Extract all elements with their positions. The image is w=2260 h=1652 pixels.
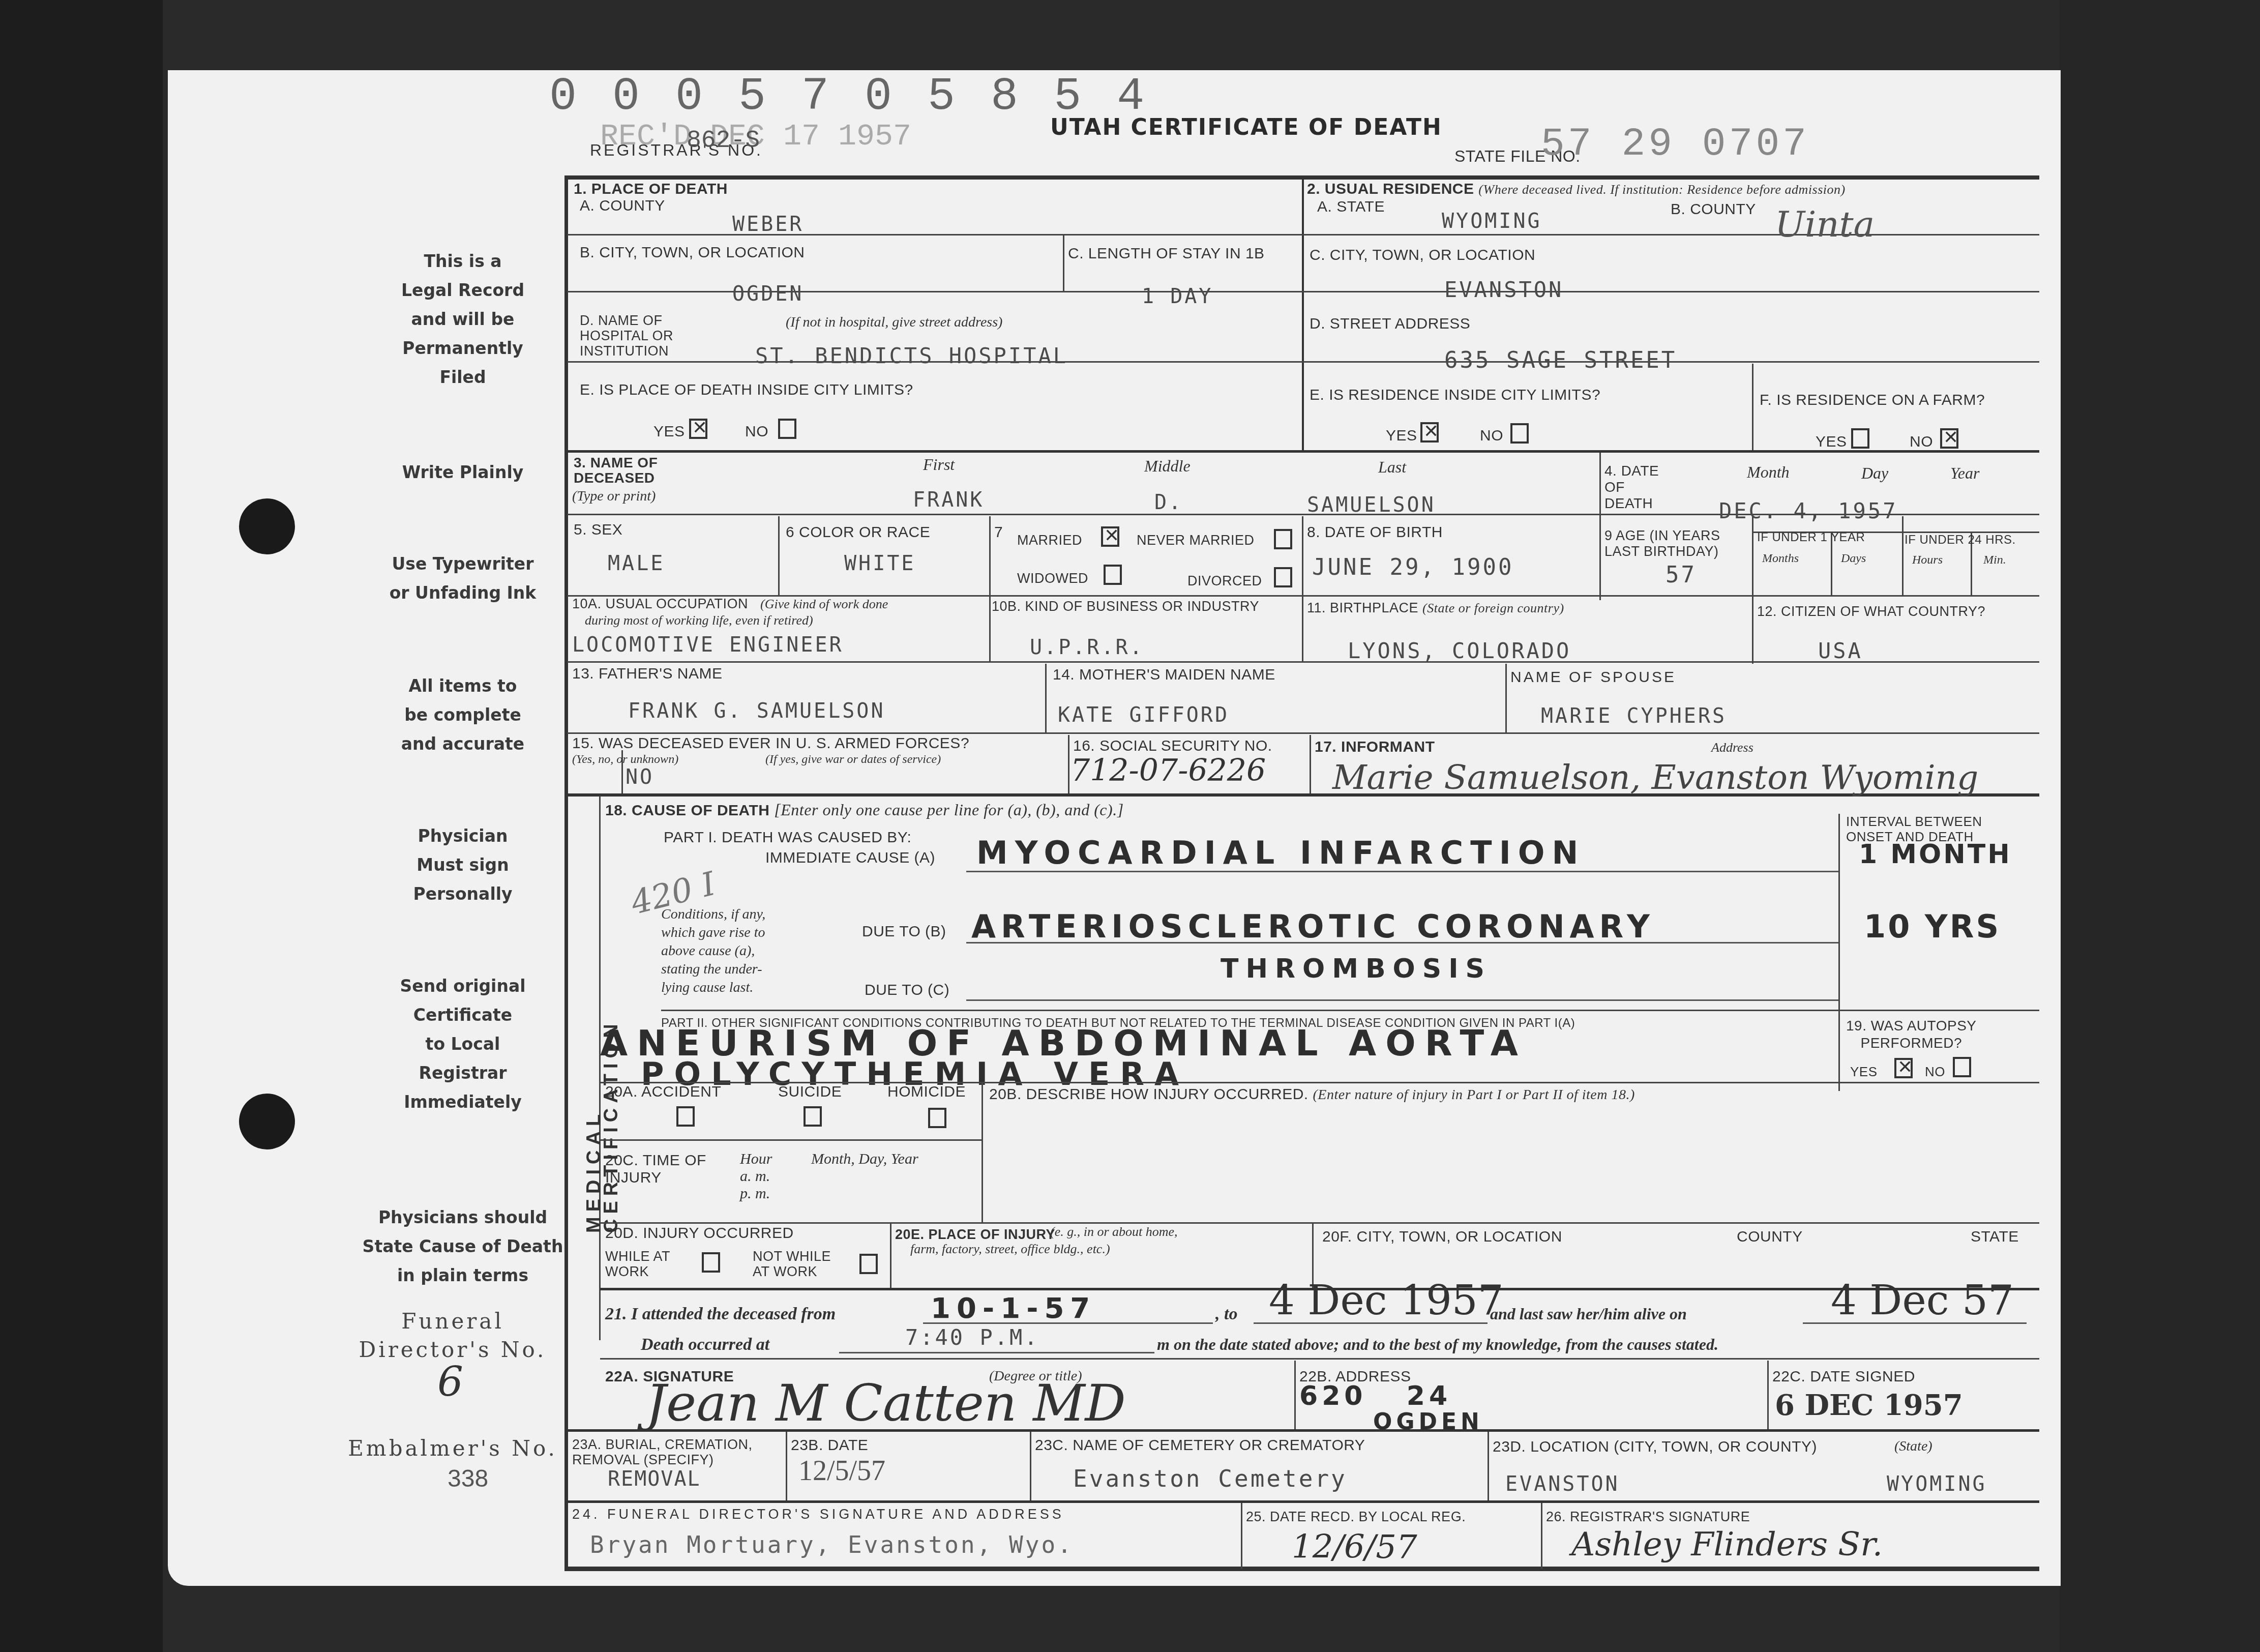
homicide-checkbox[interactable]	[928, 1108, 946, 1128]
injury-county-label: COUNTY	[1737, 1228, 1803, 1246]
note-physician-sign: Physician Must sign Personally	[356, 821, 570, 908]
divider	[1302, 516, 1303, 661]
birthplace-label: 11. BIRTHPLACE (State or foreign country…	[1307, 599, 1564, 617]
spouse-name[interactable]: MARIE CYPHERS	[1541, 704, 1727, 728]
deceased-middle-name[interactable]: D.	[1154, 491, 1183, 514]
divider	[1045, 664, 1047, 732]
divider	[1767, 1361, 1769, 1429]
informant-address-label: Address	[1711, 740, 1753, 755]
time-of-injury-label: 20c. TIME OF INJURY	[605, 1152, 706, 1187]
pod-inside-limits-no-checkbox[interactable]	[778, 419, 796, 439]
describe-title: 20b. DESCRIBE HOW INJURY OCCURRED.	[989, 1086, 1309, 1103]
citizen[interactable]: USA	[1818, 638, 1863, 663]
divider	[567, 1500, 2039, 1503]
days-label: Days	[1841, 552, 1866, 566]
accident-checkbox[interactable]	[676, 1106, 695, 1127]
dob-label: 8. DATE OF BIRTH	[1307, 524, 1443, 541]
deceased-first-name[interactable]: FRANK	[913, 488, 984, 512]
conditions-hint: Conditions, if any, which gave rise to a…	[661, 905, 765, 997]
mdy-label: Month, Day, Year	[811, 1150, 918, 1168]
divider	[661, 1010, 2039, 1011]
hour-label: Hour a. m. p. m.	[740, 1150, 772, 1202]
immediate-cause[interactable]: MYOCARDIAL INFARCTION	[976, 834, 1585, 871]
deceased-name-hint: (Type or print)	[572, 488, 656, 505]
divider	[600, 1358, 2039, 1360]
embalmer-no: 338	[448, 1465, 488, 1493]
divider	[1063, 234, 1064, 291]
registrar-sig-label: 26. REGISTRAR'S SIGNATURE	[1546, 1508, 1750, 1525]
res-street-label: d. STREET ADDRESS	[1310, 315, 1470, 333]
location-label: 23d. LOCATION (City, town, or county)	[1493, 1438, 1817, 1456]
cause-hint: [Enter only one cause per line for (a), …	[774, 801, 1123, 819]
occurred-at-label: Death occurred at	[641, 1335, 769, 1354]
divider	[1068, 735, 1069, 793]
res-inside-limits-yes-checkbox[interactable]	[1420, 422, 1439, 442]
res-no-label: NO	[1480, 427, 1503, 445]
pod-city-label: b. CITY, TOWN, OR LOCATION	[580, 244, 805, 261]
pod-hospital-hint: (If not in hospital, give street address…	[786, 314, 1002, 331]
suicide-label: SUICIDE	[778, 1083, 842, 1101]
note-send-original: Send original Certificate to Local Regis…	[356, 971, 570, 1116]
funeral-director-no: 6	[437, 1358, 463, 1405]
due-to-b-cont[interactable]: THROMBOSIS	[1221, 954, 1492, 984]
location-title: 23d. LOCATION (City, town, or county)	[1493, 1438, 1817, 1455]
never-married-checkbox[interactable]	[1274, 529, 1292, 549]
dob[interactable]: JUNE 29, 1900	[1312, 554, 1513, 580]
spouse-label: NAME OF SPOUSE	[1510, 669, 1676, 686]
business[interactable]: U.P.R.R.	[1030, 636, 1144, 659]
date-of-death[interactable]: DEC. 4, 1957	[1719, 498, 1897, 523]
note-write-plainly: Write Plainly	[356, 458, 570, 487]
hours-label: Hours	[1912, 553, 1943, 567]
race[interactable]: WHITE	[844, 552, 915, 575]
embalmer-label: Embalmer's No.	[336, 1434, 570, 1463]
divider	[1505, 664, 1507, 732]
res-city[interactable]: EVANSTON	[1444, 277, 1563, 302]
disposition-method[interactable]: REMOVAL	[608, 1467, 701, 1491]
armed-forces-label: 15. WAS DECEASED EVER IN U. S. ARMED FOR…	[572, 735, 969, 752]
cemetery-label: 23c. NAME OF CEMETERY OR CREMATORY	[1035, 1437, 1365, 1454]
middle-label: Middle	[1144, 457, 1191, 476]
business-label: 10b. KIND OF BUSINESS OR INDUSTRY	[992, 598, 1259, 615]
divider	[1599, 453, 1601, 600]
pod-yes-label: YES	[653, 423, 685, 440]
date-of-death-label: 4. DATE OF DEATH	[1604, 463, 1659, 512]
certificate-title: UTAH CERTIFICATE OF DEATH	[1050, 114, 1442, 140]
divider	[1752, 364, 1753, 450]
date-recd-label: 25. DATE RECD. BY LOCAL REG.	[1246, 1508, 1466, 1525]
pod-county[interactable]: WEBER	[732, 213, 804, 236]
immediate-cause-label: IMMEDIATE CAUSE (a)	[765, 849, 935, 867]
note-typewriter: Use Typewriter or Unfading Ink	[356, 549, 570, 607]
injury-state-label: STATE	[1971, 1228, 2019, 1246]
location-state-label: (State)	[1894, 1438, 1932, 1455]
divider	[989, 516, 991, 661]
month-label: Month	[1747, 463, 1790, 482]
never-married-label: NEVER MARRIED	[1137, 532, 1255, 549]
autopsy-no-checkbox[interactable]	[1953, 1057, 1971, 1077]
funeral-director-sig-label: 24. FUNERAL DIRECTOR'S SIGNATURE AND ADD…	[572, 1506, 1064, 1523]
pod-city[interactable]: OGDEN	[732, 282, 804, 306]
farm-no-label: NO	[1910, 433, 1933, 451]
farm-yes-checkbox[interactable]	[1851, 428, 1869, 449]
divider	[1752, 598, 1753, 661]
divider	[1294, 1361, 1296, 1429]
occupation[interactable]: LOCOMOTIVE ENGINEER	[572, 633, 844, 657]
immediate-cause-line	[966, 871, 1838, 872]
autopsy-no-label: NO	[1925, 1063, 1945, 1080]
widowed-label: WIDOWED	[1017, 570, 1088, 587]
res-street[interactable]: 635 SAGE STREET	[1444, 347, 1677, 373]
funeral-director-signature[interactable]: Bryan Mortuary, Evanston, Wyo.	[590, 1531, 1074, 1558]
divider	[567, 1429, 2039, 1432]
res-yes-label: YES	[1386, 427, 1417, 445]
residence-title: 2. USUAL RESIDENCE	[1307, 181, 1474, 197]
location-state[interactable]: WYOMING	[1887, 1472, 1987, 1496]
injury-city-label: 20f. CITY, TOWN, OR LOCATION	[1322, 1228, 1562, 1246]
min-label: Min.	[1983, 553, 2006, 567]
divider	[1310, 735, 1311, 793]
divider	[600, 1139, 982, 1141]
armed-forces[interactable]: NO	[626, 765, 654, 789]
injury-occurred-label: 20d. INJURY OCCURRED	[605, 1225, 794, 1242]
divider	[890, 1223, 891, 1289]
residence-label: 2. USUAL RESIDENCE (Where deceased lived…	[1307, 181, 1846, 198]
not-at-work-checkbox[interactable]	[859, 1254, 878, 1274]
punch-hole-top	[239, 498, 295, 554]
physician-address-line1[interactable]: 620 24	[1299, 1381, 1451, 1411]
last-saw-label: and last saw her/him alive on	[1490, 1305, 1687, 1323]
divider	[1902, 516, 1904, 595]
attended-label: 21. I attended the deceased from	[605, 1305, 836, 1324]
form-bottom-border	[564, 1567, 2039, 1571]
under-1yr-label: IF UNDER 1 YEAR	[1757, 529, 1865, 546]
res-county-label: b. COUNTY	[1671, 201, 1756, 218]
armed-hint-yn: (Yes, no, or unknown)	[572, 753, 678, 766]
first-label: First	[923, 455, 955, 474]
divider	[567, 732, 2039, 734]
informant[interactable]: Marie Samuelson, Evanston Wyoming	[1332, 758, 1978, 797]
farm-yes-label: YES	[1816, 433, 1847, 451]
funeral-director-label: Funeral Director's No.	[336, 1307, 570, 1364]
attended-to[interactable]: 4 Dec 1957	[1269, 1277, 1504, 1324]
disposition-date-label: 23b. DATE	[791, 1437, 868, 1454]
widowed-checkbox[interactable]	[1104, 565, 1122, 585]
occurred-at[interactable]: 7:40 P.M.	[905, 1325, 1039, 1350]
describe-injury-label: 20b. DESCRIBE HOW INJURY OCCURRED. (Ente…	[989, 1086, 1635, 1104]
note-complete: All items to be complete and accurate	[356, 671, 570, 758]
sex-label: 5. SEX	[574, 521, 622, 539]
divider	[1488, 1432, 1489, 1500]
divider	[1241, 1503, 1242, 1569]
interval-a[interactable]: 1 MONTH	[1859, 839, 2012, 870]
divider	[778, 516, 780, 595]
informant-num: 17.	[1315, 739, 1341, 755]
occupation-hint: (Give kind of work done during most of w…	[585, 596, 888, 629]
due-to-b-line	[966, 942, 1838, 943]
while-at-work-checkbox[interactable]	[702, 1252, 720, 1273]
state-file-no: 57 29 0707	[1541, 122, 1809, 167]
deceased-name-label: 3. NAME OF DECEASED	[574, 455, 658, 486]
res-state-label: a. STATE	[1317, 198, 1385, 216]
sex[interactable]: MALE	[608, 552, 665, 575]
accident-label: 20a. ACCIDENT	[605, 1083, 721, 1101]
day-label: Day	[1861, 464, 1888, 483]
deceased-last-name[interactable]: SAMUELSON	[1307, 493, 1436, 517]
note-legal-record: This is a Legal Record and will be Perma…	[356, 247, 570, 392]
punch-hole-bottom	[239, 1094, 295, 1149]
disposition-label: 23a. BURIAL, CREMATION, REMOVAL (Specify…	[572, 1437, 753, 1467]
occurred-at-line	[839, 1352, 1154, 1353]
married-label: MARRIED	[1017, 532, 1082, 549]
while-at-work-label: WHILE AT WORK	[605, 1249, 670, 1279]
under-24hr-label: IF UNDER 24 HRS.	[1905, 532, 2016, 549]
months-label: Months	[1762, 552, 1799, 566]
res-county[interactable]: Uinta	[1775, 203, 1875, 245]
pod-inside-limits-yes-checkbox[interactable]	[689, 419, 707, 439]
scan-background-left	[0, 0, 163, 1652]
age[interactable]: 57	[1666, 562, 1697, 588]
armed-hint-dates: (If yes, give war or dates of service)	[765, 753, 941, 766]
mother-label: 14. MOTHER'S MAIDEN NAME	[1053, 666, 1275, 684]
part1-label: PART I. DEATH WAS CAUSED BY:	[664, 829, 911, 846]
pod-county-label: a. COUNTY	[580, 197, 665, 215]
disposition-date[interactable]: 12/5/57	[798, 1455, 885, 1487]
father-name[interactable]: FRANK G. SAMUELSON	[628, 699, 885, 723]
divider	[786, 1432, 787, 1500]
res-inside-limits-label: e. IS RESIDENCE INSIDE CITY LIMITS?	[1310, 387, 1600, 404]
residence-hint: (Where deceased lived. If institution: R…	[1478, 182, 1845, 197]
suicide-checkbox[interactable]	[804, 1106, 822, 1127]
year-label: Year	[1950, 464, 1980, 483]
registrar-no: 862-S	[687, 127, 760, 155]
note-cause-plain-terms: Physicians should State Cause of Death i…	[346, 1203, 580, 1290]
divider	[1030, 1432, 1031, 1500]
date-signed-label: 22c. DATE SIGNED	[1772, 1368, 1915, 1385]
father-label: 13. FATHER'S NAME	[572, 665, 722, 683]
homicide-label: HOMICIDE	[887, 1083, 966, 1101]
pod-stay[interactable]: 1 DAY	[1142, 285, 1213, 308]
cemetery[interactable]: Evanston Cemetery	[1073, 1465, 1347, 1492]
autopsy-yes-label: YES	[1850, 1063, 1878, 1080]
farm-no-checkbox[interactable]	[1940, 428, 1958, 449]
not-at-work-label: NOT WHILE AT WORK	[753, 1249, 831, 1279]
date-signed[interactable]: 6 DEC 1957	[1775, 1389, 1963, 1422]
birthplace-hint: (State or foreign country)	[1422, 601, 1564, 615]
pod-no-label: NO	[745, 423, 768, 440]
cause-of-death-label: 18. CAUSE OF DEATH [Enter only one cause…	[605, 801, 1124, 819]
married-checkbox[interactable]	[1101, 526, 1119, 547]
physician-signature[interactable]: Jean M Catten MD	[646, 1373, 1126, 1433]
res-inside-limits-no-checkbox[interactable]	[1510, 423, 1529, 444]
birthplace-title: 11. BIRTHPLACE	[1307, 600, 1418, 615]
autopsy-yes-checkbox[interactable]	[1894, 1058, 1913, 1078]
last-label: Last	[1378, 458, 1406, 477]
due-to-c-line[interactable]	[966, 999, 1838, 1001]
pod-hospital-label: d. NAME OF HOSPITAL OR INSTITUTION	[580, 313, 673, 359]
place-of-death-label: 1. PLACE OF DEATH	[574, 181, 728, 198]
location-city[interactable]: EVANSTON	[1505, 1472, 1620, 1496]
res-state[interactable]: WYOMING	[1442, 210, 1542, 233]
registrar-signature[interactable]: Ashley Flinders Sr.	[1571, 1526, 1883, 1563]
divider	[1838, 814, 1840, 1091]
age-label: 9 AGE (In years last birthday)	[1604, 528, 1720, 559]
birthplace[interactable]: LYONS, COLORADO	[1348, 638, 1571, 663]
divider	[600, 1222, 2039, 1224]
to-label: , to	[1215, 1305, 1237, 1324]
informant-label: 17. 17. INFORMANTINFORMANT	[1315, 739, 1435, 756]
race-label: 6 COLOR OR RACE	[786, 524, 930, 541]
pod-stay-label: c. LENGTH OF STAY IN 1b	[1068, 245, 1265, 262]
date-recd[interactable]: 12/6/57	[1292, 1528, 1417, 1566]
pod-hospital[interactable]: ST. BENDICTS HOSPITAL	[755, 343, 1068, 368]
marital-num: 7	[994, 524, 1003, 541]
scan-background-right	[2060, 0, 2260, 1652]
divider	[982, 1083, 983, 1223]
occurred-suffix: m on the date stated above; and to the b…	[1157, 1335, 1718, 1354]
describe-hint: (Enter nature of injury in Part I or Par…	[1313, 1087, 1635, 1103]
divider	[1541, 1503, 1542, 1569]
due-to-c-label: DUE TO (c)	[865, 982, 949, 999]
citizen-label: 12. CITIZEN OF WHAT COUNTRY?	[1757, 603, 1985, 620]
mother-name[interactable]: KATE GIFFORD	[1058, 703, 1229, 727]
pod-city-limits-label: e. IS PLACE OF DEATH INSIDE CITY LIMITS?	[580, 381, 913, 399]
due-to-b[interactable]: ARTERIOSCLEROTIC CORONARY	[971, 908, 1655, 945]
autopsy-label: 19. WAS AUTOPSY PERFORMED?	[1846, 1017, 1976, 1052]
last-saw[interactable]: 4 Dec 57	[1831, 1277, 2014, 1324]
ssn-label: 16. SOCIAL SECURITY NO.	[1073, 737, 1272, 755]
ssn[interactable]: 712-07-6226	[1070, 753, 1266, 788]
divider	[1302, 178, 1304, 450]
cause-title: 18. CAUSE OF DEATH	[605, 802, 770, 819]
place-of-injury-hint: (e. g., in or about home, farm, factory,…	[910, 1223, 1178, 1258]
form-left-border	[564, 175, 568, 1569]
due-to-b-label: DUE TO (b)	[862, 923, 946, 940]
interval-b[interactable]: 10 YRS	[1864, 908, 2001, 945]
divorced-checkbox[interactable]	[1274, 567, 1292, 587]
divorced-label: DIVORCED	[1187, 572, 1262, 589]
res-farm-label: f. IS RESIDENCE ON A FARM?	[1760, 392, 1985, 409]
res-city-label: c. CITY, TOWN, OR LOCATION	[1310, 247, 1535, 264]
attended-from[interactable]: 10-1-57	[931, 1292, 1096, 1325]
